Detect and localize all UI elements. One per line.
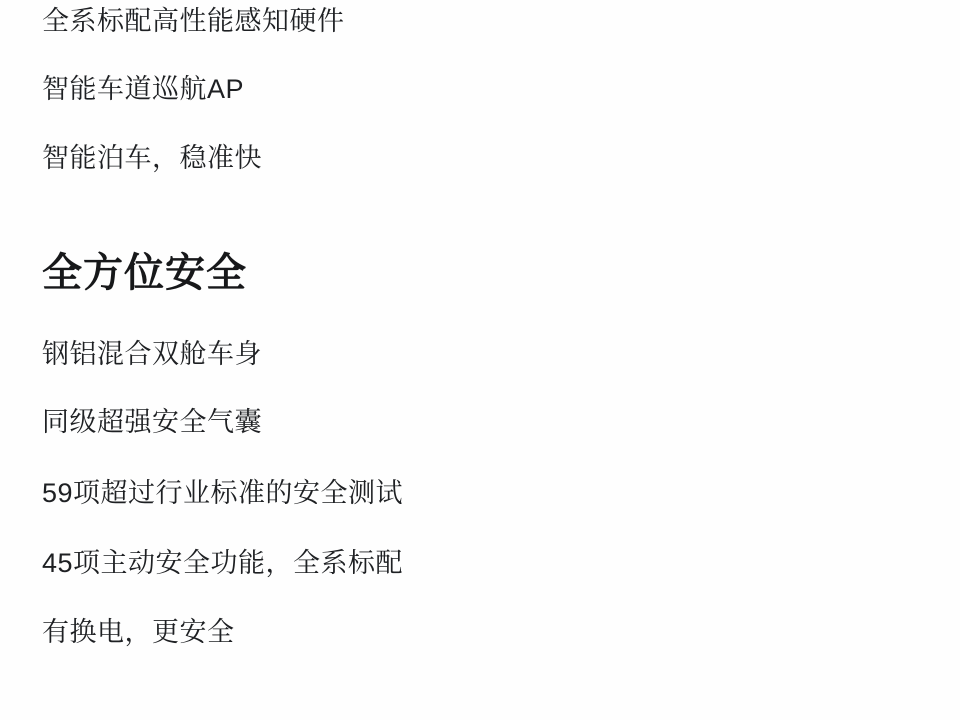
feature-line-smart-parking: 智能泊车，稳准快 [42, 144, 262, 174]
feature-line-steel-aluminum-body: 钢铝混合双舱车身 [42, 340, 262, 370]
feature-line-airbags: 同级超强安全气囊 [42, 408, 262, 438]
feature-line-battery-swap-safety: 有换电，更安全 [42, 618, 235, 648]
section-heading-all-round-safety: 全方位安全 [42, 252, 247, 294]
feature-line-lane-cruise-ap: 智能车道巡航AP [42, 75, 244, 105]
feature-line-safety-tests: 59项超过行业标准的安全测试 [42, 479, 403, 509]
feature-line-sensing-hardware: 全系标配高性能感知硬件 [42, 7, 345, 37]
feature-line-active-safety-functions: 45项主动安全功能，全系标配 [42, 549, 403, 579]
document-page: 全系标配高性能感知硬件 智能车道巡航AP 智能泊车，稳准快 全方位安全 钢铝混合… [0, 0, 960, 720]
